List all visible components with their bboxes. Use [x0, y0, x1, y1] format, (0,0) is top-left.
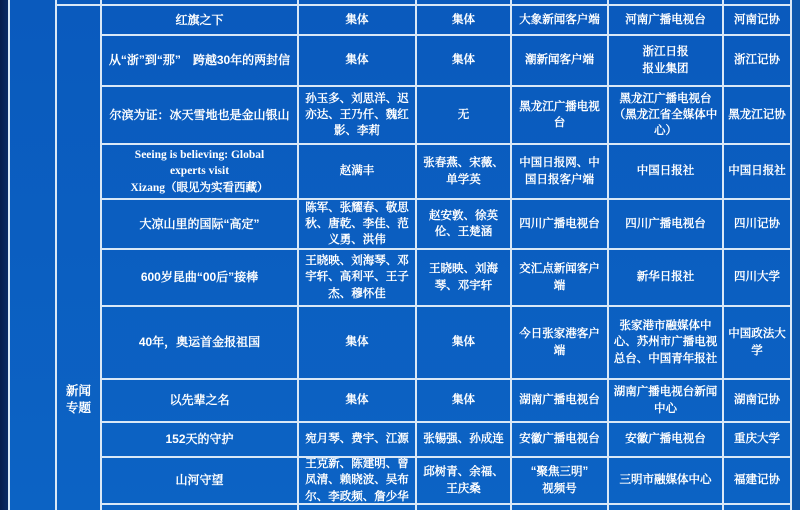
editors-cell: 集体 — [417, 307, 512, 380]
recommender-cell: 黑龙江记协 — [724, 87, 792, 145]
authors-cell: 王克新、陈建明、曾凤清、赖晓波、吴布尔、李政频、詹少华 — [299, 458, 417, 505]
title-cell: 600岁昆曲“00后”接棒 — [102, 250, 299, 307]
publisher-cell: 安徽广播电视台 — [609, 423, 724, 458]
recommender-cell: 四川大学 — [724, 250, 792, 307]
title-cell: 大凉山里的国际“高定” — [102, 200, 299, 250]
bottom-sliver-cell — [102, 505, 299, 510]
editors-cell: 张春燕、宋薇、单学英 — [417, 145, 512, 200]
authors-cell: 赵满丰 — [299, 145, 417, 200]
publisher-cell: 张家港市融媒体中心、苏州市广播电视总台、中国青年报社 — [609, 307, 724, 380]
authors-cell: 孙玉多、刘思洋、迟亦达、王乃仟、魏红影、李莉 — [299, 87, 417, 145]
authors-cell: 集体 — [299, 380, 417, 423]
bottom-sliver-cell — [417, 505, 512, 510]
recommender-cell: 河南记协 — [724, 6, 792, 36]
authors-cell: 集体 — [299, 307, 417, 380]
authors-cell: 陈军、张耀春、敬思秋、唐乾、李佳、范义勇、洪伟 — [299, 200, 417, 250]
editors-cell: 集体 — [417, 380, 512, 423]
platform-cell: 安徽广播电视台 — [512, 423, 609, 458]
publisher-cell: 四川广播电视台 — [609, 200, 724, 250]
award-level-cell — [10, 0, 57, 510]
recommender-cell: 四川记协 — [724, 200, 792, 250]
platform-cell: “聚焦三明” 视频号 — [512, 458, 609, 505]
platform-cell: 湖南广播电视台 — [512, 380, 609, 423]
authors-cell: 宛月琴、费宇、江源 — [299, 423, 417, 458]
bottom-sliver-cell — [724, 505, 792, 510]
title-cell: 红旗之下 — [102, 6, 299, 36]
editors-cell: 无 — [417, 87, 512, 145]
editors-cell: 赵安敦、徐英伦、王楚涵 — [417, 200, 512, 250]
publisher-cell: 中国日报社 — [609, 145, 724, 200]
recommender-cell: 浙江记协 — [724, 36, 792, 87]
recommender-cell: 湖南记协 — [724, 380, 792, 423]
title-cell: 山河守望 — [102, 458, 299, 505]
platform-cell: 交汇点新闻客户端 — [512, 250, 609, 307]
bottom-sliver-cell — [609, 505, 724, 510]
category-cell: 新闻专题 — [57, 6, 102, 510]
platform-cell: 今日张家港客户端 — [512, 307, 609, 380]
editors-cell: 集体 — [417, 6, 512, 36]
platform-cell: 大象新闻客户端 — [512, 6, 609, 36]
editors-cell: 邱树青、余福、王庆桑 — [417, 458, 512, 505]
publisher-cell: 三明市融媒体中心 — [609, 458, 724, 505]
bottom-sliver-cell — [299, 505, 417, 510]
editors-cell: 集体 — [417, 36, 512, 87]
recommender-cell: 福建记协 — [724, 458, 792, 505]
authors-cell: 集体 — [299, 36, 417, 87]
title-cell: Seeing is believing: Global experts visi… — [102, 145, 299, 200]
title-cell: 从“浙”到“那” 跨越30年的两封信 — [102, 36, 299, 87]
publisher-cell: 浙江日报 报业集团 — [609, 36, 724, 87]
authors-cell: 王晓映、刘海琴、邓宇轩、高利平、王子杰、穆怀佳 — [299, 250, 417, 307]
recommender-cell: 重庆大学 — [724, 423, 792, 458]
publisher-cell: 湖南广播电视台新闻中心 — [609, 380, 724, 423]
publisher-cell: 黑龙江广播电视台（黑龙江省全媒体中心） — [609, 87, 724, 145]
editors-cell: 张锡强、孙成连 — [417, 423, 512, 458]
recommender-cell: 中国日报社 — [724, 145, 792, 200]
platform-cell: 中国日报网、中国日报客户端 — [512, 145, 609, 200]
publisher-cell: 河南广播电视台 — [609, 6, 724, 36]
editors-cell: 王晓映、刘海琴、邓宇轩 — [417, 250, 512, 307]
publisher-cell: 新华日报社 — [609, 250, 724, 307]
title-cell: 尔滨为证：冰天雪地也是金山银山 — [102, 87, 299, 145]
title-cell: 以先辈之名 — [102, 380, 299, 423]
bottom-sliver-cell — [512, 505, 609, 510]
platform-cell: 潮新闻客户端 — [512, 36, 609, 87]
recommender-cell: 中国政法大学 — [724, 307, 792, 380]
authors-cell: 集体 — [299, 6, 417, 36]
platform-cell: 四川广播电视台 — [512, 200, 609, 250]
platform-cell: 黑龙江广播电视台 — [512, 87, 609, 145]
awards-table: 新闻专题 红旗之下 集体 集体 大象新闻客户端 河南广播电视台 河南记协 从“浙… — [8, 0, 792, 510]
title-cell: 40年，奥运首金报祖国 — [102, 307, 299, 380]
title-cell: 152天的守护 — [102, 423, 299, 458]
